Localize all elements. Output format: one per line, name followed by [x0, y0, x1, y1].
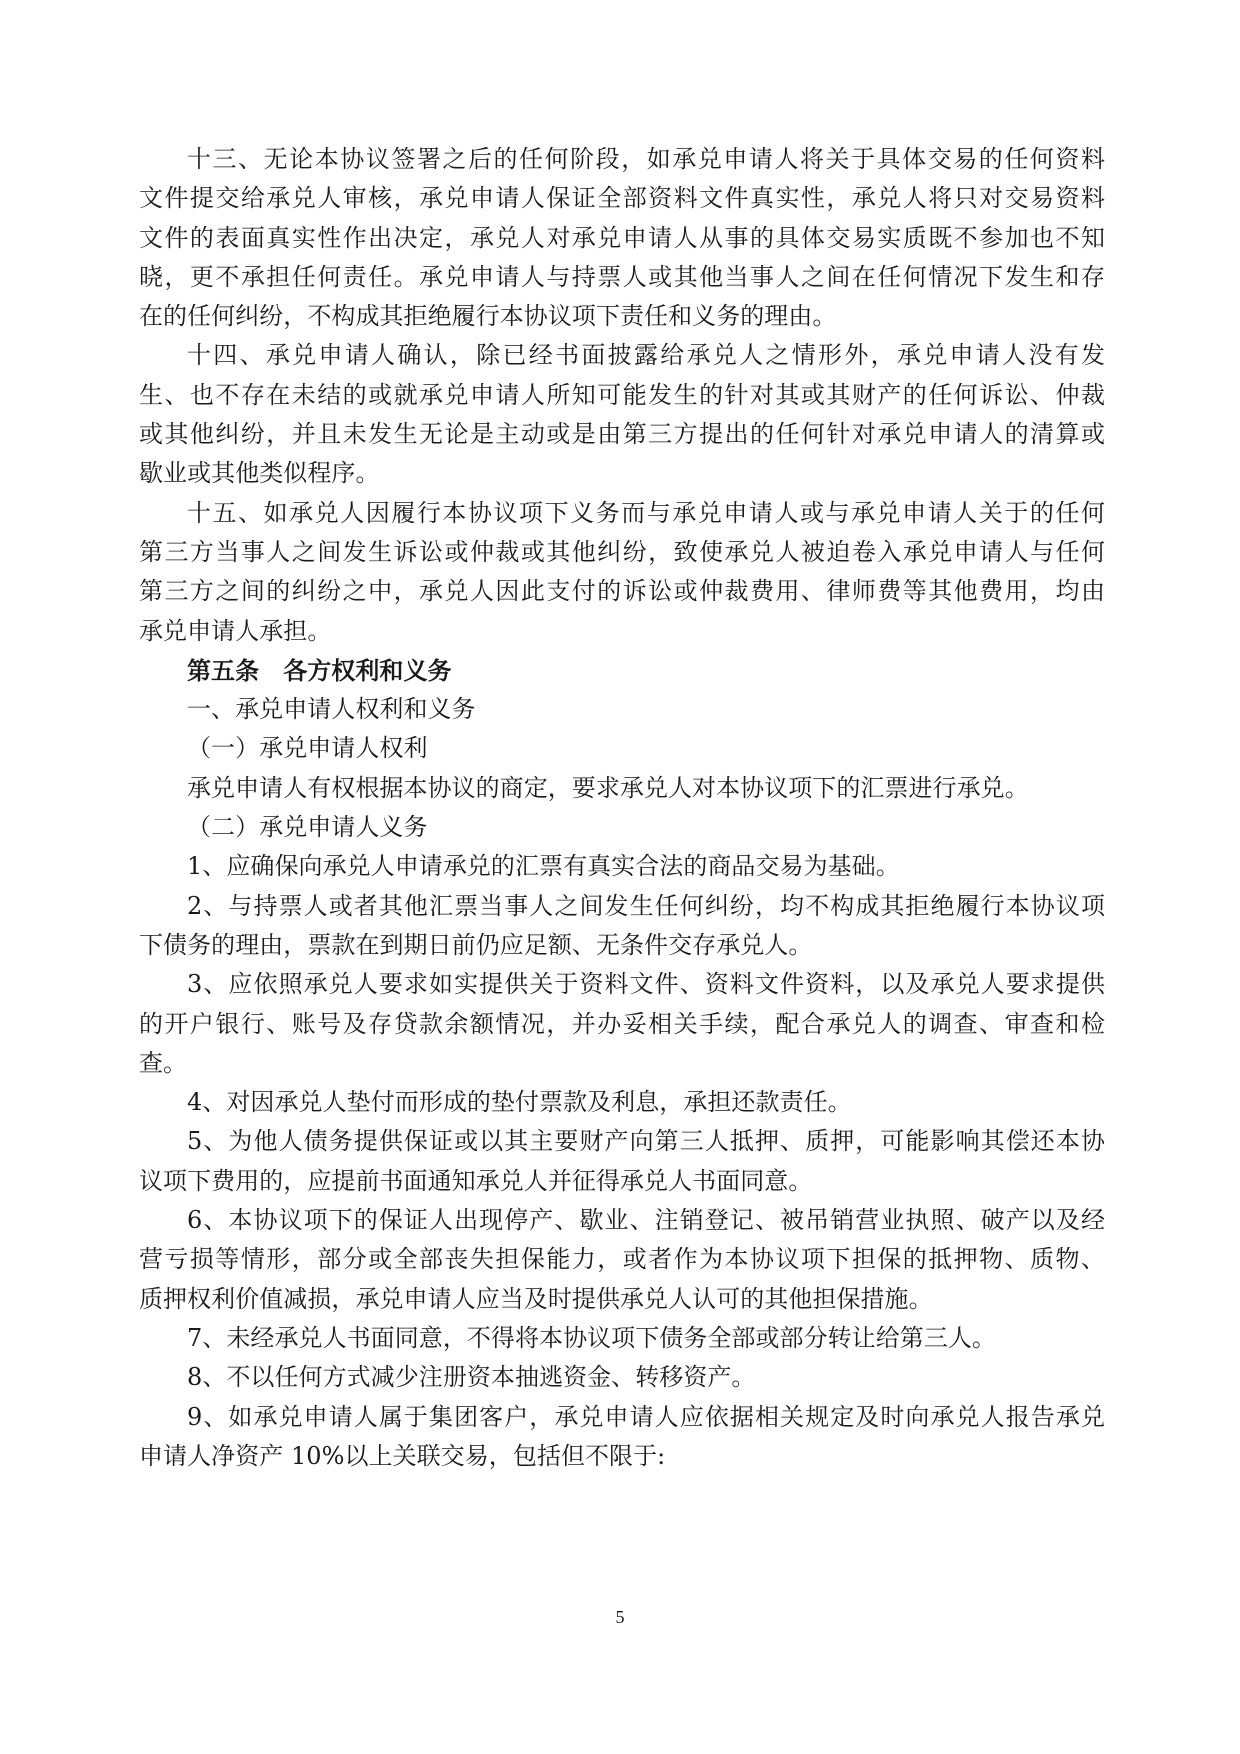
text-line: 的开户银行、账号及存贷款余额情况，并办妥相关手续，配合承兑人的调查、审查和检: [139, 1005, 1105, 1044]
obligation-3: 3、应依照承兑人要求如实提供关于资料文件、资料文件资料，以及承兑人要求提供 的开…: [139, 965, 1105, 1083]
text-line: 1、应确保向承兑人申请承兑的汇票有真实合法的商品交易为基础。: [139, 847, 1105, 886]
text-line: 8、不以任何方式减少注册资本抽逃资金、转移资产。: [139, 1358, 1105, 1397]
article-heading: 第五条 各方权利和义务: [139, 651, 1105, 690]
obligation-5: 5、为他人债务提供保证或以其主要财产向第三人抵押、质押，可能影响其偿还本协 议项…: [139, 1122, 1105, 1201]
obligation-8: 8、不以任何方式减少注册资本抽逃资金、转移资产。: [139, 1358, 1105, 1397]
text-line: 十五、如承兑人因履行本协议项下义务而与承兑申请人或与承兑申请人关于的任何: [139, 494, 1105, 533]
text-line: 6、本协议项下的保证人出现停产、歇业、注销登记、被吊销营业执照、破产以及经: [139, 1201, 1105, 1240]
text-line: 申请人净资产 10%以上关联交易，包括但不限于:: [139, 1437, 1105, 1476]
text-line: 2、与持票人或者其他汇票当事人之间发生任何纠纷，均不构成其拒绝履行本协议项: [139, 887, 1105, 926]
text-line: 或其他纠纷，并且未发生无论是主动或是由第三方提出的任何针对承兑申请人的清算或: [139, 415, 1105, 454]
section-heading: 一、承兑申请人权利和义务: [139, 690, 1105, 729]
obligation-2: 2、与持票人或者其他汇票当事人之间发生任何纠纷，均不构成其拒绝履行本协议项 下债…: [139, 887, 1105, 966]
text-line: 9、如承兑申请人属于集团客户，承兑申请人应依据相关规定及时向承兑人报告承兑: [139, 1398, 1105, 1437]
subsection-heading-obligations: （二）承兑申请人义务: [139, 808, 1105, 847]
text-line: 在的任何纠纷，不构成其拒绝履行本协议项下责任和义务的理由。: [139, 297, 1105, 336]
text-line: 晓，更不承担任何责任。承兑申请人与持票人或其他当事人之间在任何情况下发生和存: [139, 258, 1105, 297]
obligation-9: 9、如承兑申请人属于集团客户，承兑申请人应依据相关规定及时向承兑人报告承兑 申请…: [139, 1398, 1105, 1477]
text-line: 4、对因承兑人垫付而形成的垫付票款及利息，承担还款责任。: [139, 1083, 1105, 1122]
text-line: 生、也不存在未结的或就承兑申请人所知可能发生的针对其或其财产的任何诉讼、仲裁: [139, 376, 1105, 415]
subsection-heading-rights: （一）承兑申请人权利: [139, 729, 1105, 768]
text-line: 承兑申请人承担。: [139, 612, 1105, 651]
text-line: 文件的表面真实性作出决定，承兑人对承兑申请人从事的具体交易实质既不参加也不知: [139, 219, 1105, 258]
text-line: 下债务的理由，票款在到期日前仍应足额、无条件交存承兑人。: [139, 926, 1105, 965]
text-line: 十四、承兑申请人确认，除已经书面披露给承兑人之情形外，承兑申请人没有发: [139, 336, 1105, 375]
paragraph-15: 十五、如承兑人因履行本协议项下义务而与承兑申请人或与承兑申请人关于的任何 第三方…: [139, 494, 1105, 651]
obligation-4: 4、对因承兑人垫付而形成的垫付票款及利息，承担还款责任。: [139, 1083, 1105, 1122]
rights-text: 承兑申请人有权根据本协议的商定，要求承兑人对本协议项下的汇票进行承兑。: [139, 769, 1105, 808]
text-line: 第三方当事人之间发生诉讼或仲裁或其他纠纷，致使承兑人被迫卷入承兑申请人与任何: [139, 533, 1105, 572]
text-line: 议项下费用的，应提前书面通知承兑人并征得承兑人书面同意。: [139, 1162, 1105, 1201]
obligation-7: 7、未经承兑人书面同意，不得将本协议项下债务全部或部分转让给第三人。: [139, 1319, 1105, 1358]
text-line: 7、未经承兑人书面同意，不得将本协议项下债务全部或部分转让给第三人。: [139, 1319, 1105, 1358]
text-line: 查。: [139, 1044, 1105, 1083]
text-line: 文件提交给承兑人审核，承兑申请人保证全部资料文件真实性，承兑人将只对交易资料: [139, 179, 1105, 218]
text-line: 歇业或其他类似程序。: [139, 454, 1105, 493]
page-number: 5: [0, 1607, 1240, 1628]
text-line: 第三方之间的纠纷之中，承兑人因此支付的诉讼或仲裁费用、律师费等其他费用，均由: [139, 572, 1105, 611]
document-page: 十三、无论本协议签署之后的任何阶段，如承兑申请人将关于具体交易的任何资料 文件提…: [139, 140, 1105, 1476]
text-line: 质押权利价值减损，承兑申请人应当及时提供承兑人认可的其他担保措施。: [139, 1280, 1105, 1319]
paragraph-14: 十四、承兑申请人确认，除已经书面披露给承兑人之情形外，承兑申请人没有发 生、也不…: [139, 336, 1105, 493]
text-line: 营亏损等情形，部分或全部丧失担保能力，或者作为本协议项下担保的抵押物、质物、: [139, 1240, 1105, 1279]
obligation-6: 6、本协议项下的保证人出现停产、歇业、注销登记、被吊销营业执照、破产以及经 营亏…: [139, 1201, 1105, 1319]
text-line: 十三、无论本协议签署之后的任何阶段，如承兑申请人将关于具体交易的任何资料: [139, 140, 1105, 179]
obligation-1: 1、应确保向承兑人申请承兑的汇票有真实合法的商品交易为基础。: [139, 847, 1105, 886]
text-line: 5、为他人债务提供保证或以其主要财产向第三人抵押、质押，可能影响其偿还本协: [139, 1122, 1105, 1161]
text-line: 3、应依照承兑人要求如实提供关于资料文件、资料文件资料，以及承兑人要求提供: [139, 965, 1105, 1004]
paragraph-13: 十三、无论本协议签署之后的任何阶段，如承兑申请人将关于具体交易的任何资料 文件提…: [139, 140, 1105, 336]
